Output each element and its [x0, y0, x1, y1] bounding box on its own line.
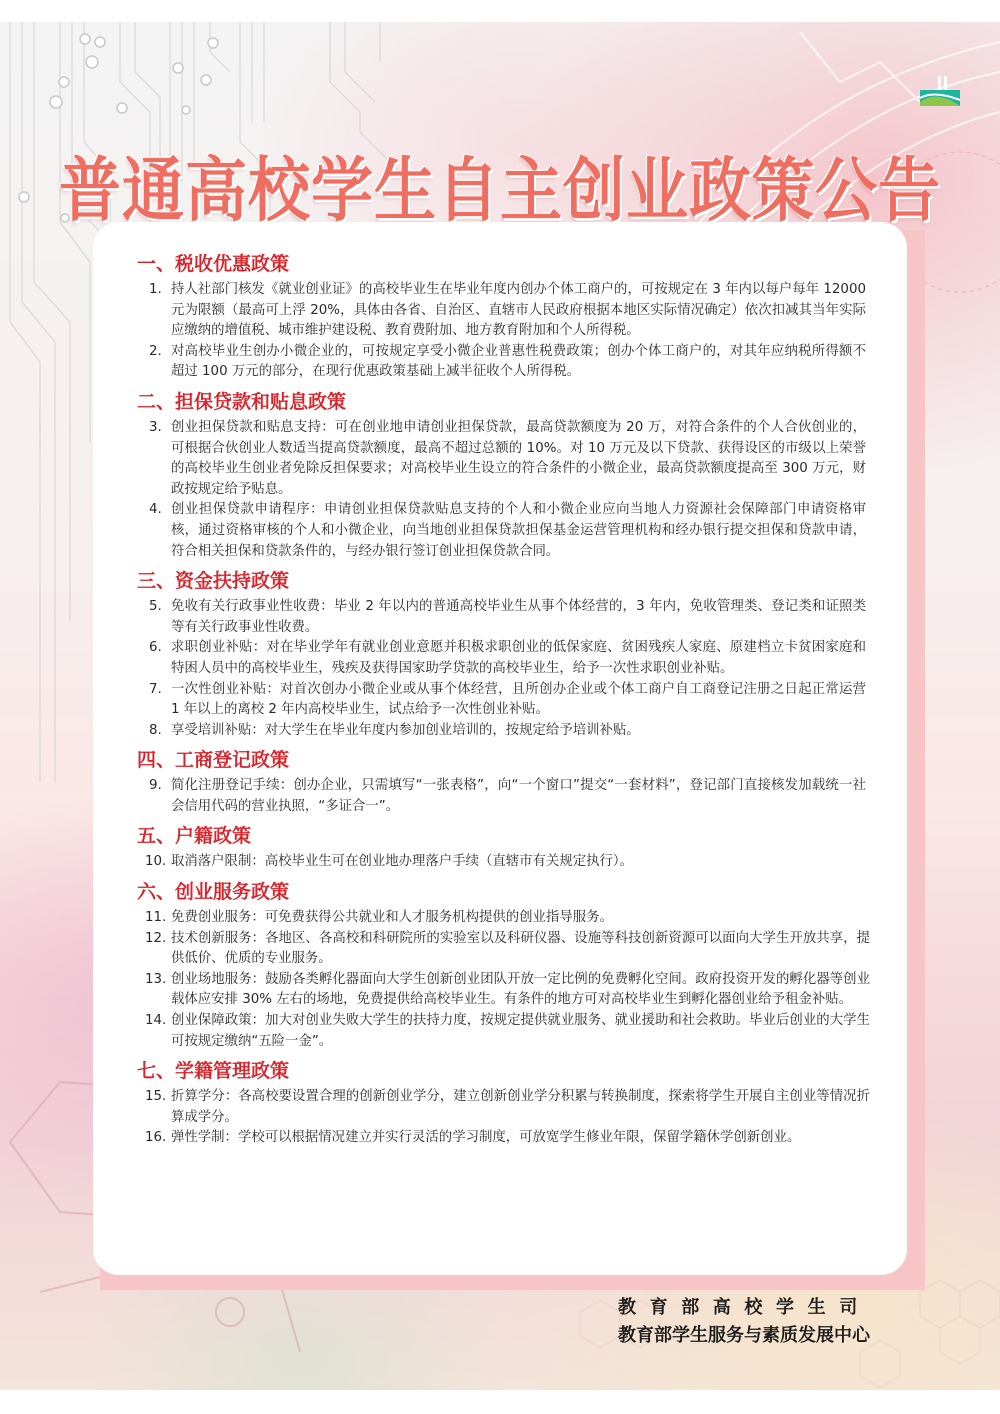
item-number: 10.: [145, 852, 166, 873]
list-item: 1.持人社部门核发《就业创业证》的高校毕业生在毕业年度内创办个体工商户的，可按规…: [149, 280, 866, 342]
issuer-line-2: 教育部学生服务与素质发展中心: [618, 1322, 871, 1350]
issuer-signature: 教育部高校学生司 教育部学生服务与素质发展中心: [618, 1294, 871, 1350]
item-number: 14.: [145, 1011, 166, 1032]
item-text: 免收有关行政事业性收费：毕业 2 年以内的普通高校毕业生从事个体经营的，3 年内…: [171, 599, 866, 635]
item-text: 创业担保贷款和贴息支持：可在创业地申请创业担保贷款，最高贷款额度为 20 万，对…: [171, 420, 866, 497]
item-text: 折算学分：各高校要设置合理的创新创业学分，建立创新创业学分积累与转换制度，探索将…: [171, 1089, 870, 1125]
item-text: 简化注册登记手续：创办企业，只需填写“一张表格”，向“一个窗口”提交“一套材料”…: [171, 778, 866, 814]
item-number: 9.: [149, 776, 162, 797]
section-heading: 四、工商登记政策: [137, 748, 907, 772]
item-text: 持人社部门核发《就业创业证》的高校毕业生在毕业年度内创办个体工商户的，可按规定在…: [171, 282, 866, 338]
item-number: 2.: [149, 342, 162, 363]
section-registration: 四、工商登记政策 9.简化注册登记手续：创办企业，只需填写“一张表格”，向“一个…: [137, 748, 907, 817]
list-item: 2.对高校毕业生创办小微企业的，可按规定享受小微企业普惠性税费政策；创办个体工商…: [149, 342, 866, 383]
item-number: 5.: [149, 597, 162, 618]
item-number: 16.: [145, 1128, 166, 1149]
list-item: 7.一次性创业补贴：对首次创办小微企业或从事个体经营，且所创办企业或个体工商户自…: [149, 680, 866, 721]
item-text: 创业保障政策：加大对创业失败大学生的扶持力度，按规定提供就业服务、就业援助和社会…: [171, 1013, 870, 1049]
list-item: 12.技术创新服务：各地区、各高校和科研院所的实验室以及科研仪器、设施等科技创新…: [145, 929, 870, 970]
item-text: 免费创业服务：可免费获得公共就业和人才服务机构提供的创业指导服务。: [171, 910, 613, 925]
item-number: 3.: [149, 418, 162, 439]
list-item: 4.创业担保贷款申请程序：申请创业担保贷款贴息支持的个人和小微企业应向当地人力资…: [149, 500, 866, 562]
list-item: 11.免费创业服务：可免费获得公共就业和人才服务机构提供的创业指导服务。: [145, 908, 870, 929]
issuer-line-1: 教育部高校学生司: [618, 1294, 871, 1322]
list-item: 6.求职创业补贴：对在毕业学年有就业创业意愿并积极求职创业的低保家庭、贫困残疾人…: [149, 638, 866, 679]
section-funding: 三、资金扶持政策 5.免收有关行政事业性收费：毕业 2 年以内的普通高校毕业生从…: [137, 569, 907, 741]
list-item: 8.享受培训补贴：对大学生在毕业年度内参加创业培训的，按规定给予培训补贴。: [149, 721, 866, 742]
item-text: 一次性创业补贴：对首次创办小微企业或从事个体经营，且所创办企业或个体工商户自工商…: [171, 682, 866, 718]
section-heading: 三、资金扶持政策: [137, 569, 907, 593]
item-number: 13.: [145, 970, 166, 991]
section-household: 五、户籍政策 10.取消落户限制：高校毕业生可在创业地办理落户手续（直辖市有关规…: [137, 824, 907, 873]
section-heading: 一、税收优惠政策: [137, 252, 907, 276]
item-text: 求职创业补贴：对在毕业学年有就业创业意愿并积极求职创业的低保家庭、贫困残疾人家庭…: [171, 640, 866, 676]
list-item: 15.折算学分：各高校要设置合理的创新创业学分，建立创新创业学分积累与转换制度，…: [145, 1087, 870, 1128]
list-item: 5.免收有关行政事业性收费：毕业 2 年以内的普通高校毕业生从事个体经营的，3 …: [149, 597, 866, 638]
item-number: 11.: [145, 908, 166, 929]
list-item: 13.创业场地服务：鼓励各类孵化器面向大学生创新创业团队开放一定比例的免费孵化空…: [145, 970, 870, 1011]
logo-icon: [920, 76, 960, 106]
list-item: 3.创业担保贷款和贴息支持：可在创业地申请创业担保贷款，最高贷款额度为 20 万…: [149, 418, 866, 500]
item-text: 创业担保贷款申请程序：申请创业担保贷款贴息支持的个人和小微企业应向当地人力资源社…: [171, 502, 866, 558]
section-loan: 二、担保贷款和贴息政策 3.创业担保贷款和贴息支持：可在创业地申请创业担保贷款，…: [137, 390, 907, 562]
list-item: 14.创业保障政策：加大对创业失败大学生的扶持力度，按规定提供就业服务、就业援助…: [145, 1011, 870, 1052]
item-number: 4.: [149, 500, 162, 521]
item-number: 12.: [145, 929, 166, 950]
section-tax: 一、税收优惠政策 1.持人社部门核发《就业创业证》的高校毕业生在毕业年度内创办个…: [137, 252, 907, 383]
item-text: 享受培训补贴：对大学生在毕业年度内参加创业培训的，按规定给予培训补贴。: [171, 723, 640, 738]
item-number: 6.: [149, 638, 162, 659]
item-text: 取消落户限制：高校毕业生可在创业地办理落户手续（直辖市有关规定执行）。: [171, 854, 633, 869]
list-item: 9.简化注册登记手续：创办企业，只需填写“一张表格”，向“一个窗口”提交“一套材…: [149, 776, 866, 817]
item-number: 8.: [149, 721, 162, 742]
list-item: 16.弹性学制：学校可以根据情况建立并实行灵活的学习制度，可放宽学生修业年限，保…: [145, 1128, 870, 1149]
item-number: 15.: [145, 1087, 166, 1108]
section-services: 六、创业服务政策 11.免费创业服务：可免费获得公共就业和人才服务机构提供的创业…: [137, 880, 907, 1052]
item-text: 弹性学制：学校可以根据情况建立并实行灵活的学习制度，可放宽学生修业年限，保留学籍…: [171, 1130, 800, 1145]
section-student-status: 七、学籍管理政策 15.折算学分：各高校要设置合理的创新创业学分，建立创新创业学…: [137, 1059, 907, 1149]
section-heading: 二、担保贷款和贴息政策: [137, 390, 907, 414]
page-title: 普通高校学生自主创业政策公告: [0, 135, 1000, 235]
item-number: 7.: [149, 680, 162, 701]
policy-card: 一、税收优惠政策 1.持人社部门核发《就业创业证》的高校毕业生在毕业年度内创办个…: [93, 222, 907, 1275]
section-heading: 七、学籍管理政策: [137, 1059, 907, 1083]
section-heading: 六、创业服务政策: [137, 880, 907, 904]
item-text: 技术创新服务：各地区、各高校和科研院所的实验室以及科研仪器、设施等科技创新资源可…: [171, 931, 870, 967]
item-text: 创业场地服务：鼓励各类孵化器面向大学生创新创业团队开放一定比例的免费孵化空间。政…: [171, 972, 870, 1008]
item-number: 1.: [149, 280, 162, 301]
list-item: 10.取消落户限制：高校毕业生可在创业地办理落户手续（直辖市有关规定执行）。: [145, 852, 870, 873]
section-heading: 五、户籍政策: [137, 824, 907, 848]
item-text: 对高校毕业生创办小微企业的，可按规定享受小微企业普惠性税费政策；创办个体工商户的…: [171, 344, 866, 380]
poster-background: 普通高校学生自主创业政策公告 一、税收优惠政策 1.持人社部门核发《就业创业证》…: [0, 22, 1000, 1390]
